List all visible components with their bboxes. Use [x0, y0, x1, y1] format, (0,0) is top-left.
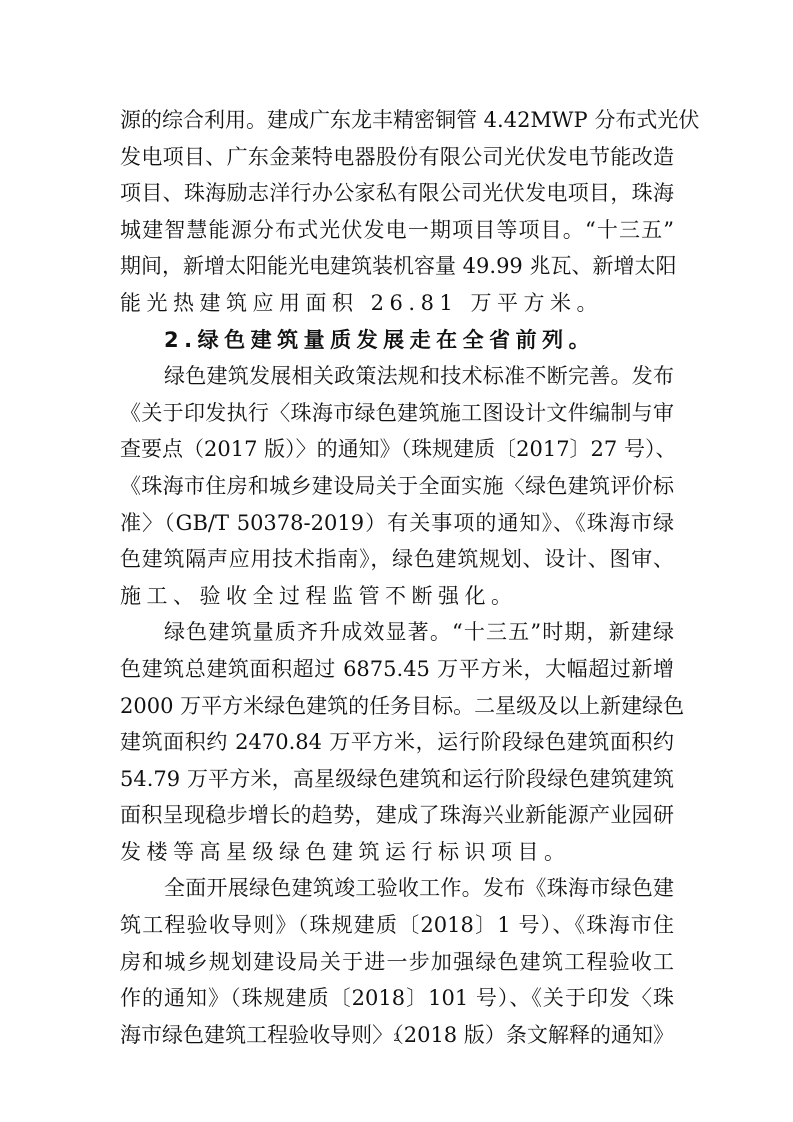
- text-line: 发电项目、广东金莱特电器股份有限公司光伏发电节能改造: [120, 139, 674, 176]
- text-line: 期间，新增太阳能光电建筑装机容量 49.99 兆瓦、新增太阳: [120, 248, 674, 285]
- text-line: 绿色建筑发展相关政策法规和技术标准不断完善。发布: [120, 358, 674, 395]
- text-line: 筑工程验收导则》（珠规建质〔2018〕1 号）、《珠海市住: [120, 907, 674, 944]
- section-heading: 2.绿色建筑量质发展走在全省前列。: [120, 322, 674, 359]
- text-line: 色建筑总建筑面积超过 6875.45 万平方米，大幅超过新增: [120, 651, 674, 688]
- text-line: 准〉（GB/T 50378-2019）有关事项的通知》、《珠海市绿: [120, 505, 674, 542]
- text-line: 全面开展绿色建筑竣工验收工作。发布《珠海市绿色建: [120, 870, 674, 907]
- text-line: 房和城乡规划建设局关于进一步加强绿色建筑工程验收工: [120, 944, 674, 981]
- text-line: 绿色建筑量质齐升成效显著。“十三五”时期，新建绿: [120, 614, 674, 651]
- text-line: 项目、珠海励志洋行办公家私有限公司光伏发电项目，珠海: [120, 175, 674, 212]
- text-line: 城建智慧能源分布式光伏发电一期项目等项目。“十三五”: [120, 212, 674, 249]
- page-number: 2: [0, 1030, 793, 1045]
- text-line: 面积呈现稳步增长的趋势，建成了珠海兴业新能源产业园研: [120, 797, 674, 834]
- text-line: 54.79 万平方米，高星级绿色建筑和运行阶段绿色建筑建筑: [120, 761, 674, 798]
- text-line: 施工、验收全过程监管不断强化。: [120, 578, 674, 615]
- text-line: 发楼等高星级绿色建筑运行标识项目。: [120, 834, 674, 871]
- text-line: 2000 万平方米绿色建筑的任务目标。二星级及以上新建绿色: [120, 688, 674, 725]
- text-line: 查要点（2017 版）〉的通知》（珠规建质〔2017〕27 号）、: [120, 431, 674, 468]
- text-line: 作的通知》（珠规建质〔2018〕101 号）、《关于印发〈珠: [120, 980, 674, 1017]
- text-line: 源的综合利用。建成广东龙丰精密铜管 4.42MWP 分布式光伏: [120, 102, 674, 139]
- document-page: 源的综合利用。建成广东龙丰精密铜管 4.42MWP 分布式光伏 发电项目、广东金…: [120, 102, 674, 1053]
- text-line: 《珠海市住房和城乡建设局关于全面实施〈绿色建筑评价标: [120, 468, 674, 505]
- text-line: 建筑面积约 2470.84 万平方米，运行阶段绿色建筑面积约: [120, 724, 674, 761]
- text-line: 色建筑隔声应用技术指南》，绿色建筑规划、设计、图审、: [120, 541, 674, 578]
- text-line: 能光热建筑应用面积 26.81 万平方米。: [120, 285, 674, 322]
- text-line: 《关于印发执行〈珠海市绿色建筑施工图设计文件编制与审: [120, 395, 674, 432]
